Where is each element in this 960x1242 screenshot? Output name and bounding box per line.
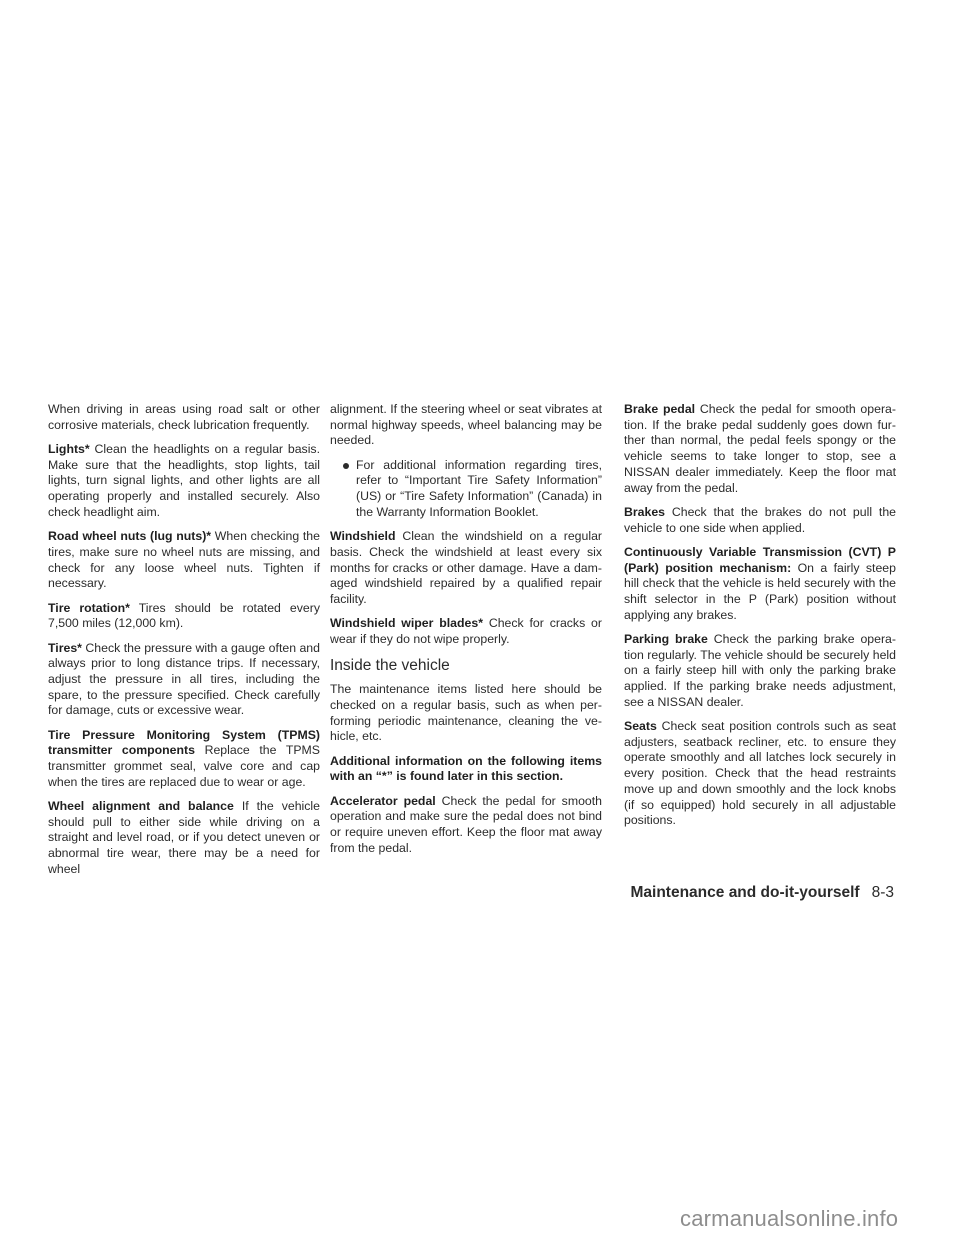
page-number: 8-3	[872, 884, 894, 901]
item-wheel-alignment: Wheel alignment and balance If the vehic…	[48, 799, 320, 878]
bullet-icon	[343, 463, 349, 469]
item-tpms: Tire Pressure Monitoring System (TPMS) t…	[48, 728, 320, 791]
item-lights: Lights* Clean the headlights on a regula…	[48, 442, 320, 521]
item-cvt-park: Continuously Variable Transmission (CVT)…	[624, 545, 896, 624]
item-tire-rotation: Tire rotation* Tires should be rotated e…	[48, 601, 320, 632]
section-intro: The maintenance items listed here should…	[330, 682, 602, 745]
item-term: Windshield	[330, 529, 395, 543]
item-text: Clean the headlights on a regular basis.…	[48, 442, 320, 519]
item-text: Check the pressure with a gauge often an…	[48, 641, 320, 718]
item-term: Tire rotation*	[48, 601, 130, 615]
item-term: Tires*	[48, 641, 82, 655]
asterisk-note: Additional information on the following …	[330, 754, 602, 785]
item-term: Parking brake	[624, 632, 708, 646]
item-term: Lights*	[48, 442, 90, 456]
section-heading-inside-vehicle: Inside the vehicle	[330, 656, 602, 675]
item-term: Brakes	[624, 505, 665, 519]
bullet-item-tire-info: For additional information regarding tir…	[330, 458, 602, 521]
intro-paragraph: When driving in areas using road salt or…	[48, 402, 320, 433]
column-2: alignment. If the steering wheel or seat…	[330, 402, 602, 865]
bullet-text: For additional information regarding tir…	[356, 458, 602, 519]
item-text: Check that the brakes do not pull the ve…	[624, 505, 896, 535]
column-3: Brake pedal Check the pedal for smooth o…	[624, 402, 896, 838]
item-term: Windshield wiper blades*	[330, 616, 483, 630]
page-footer: Maintenance and do-it-yourself8-3	[631, 884, 895, 902]
watermark: carmanualsonline.info	[680, 1206, 898, 1232]
item-text: Check seat position controls such as sea…	[624, 719, 896, 827]
item-term: Accelerator pedal	[330, 794, 436, 808]
item-seats: Seats Check seat position controls such …	[624, 719, 896, 829]
continuation-paragraph: alignment. If the steering wheel or seat…	[330, 402, 602, 449]
item-windshield: Windshield Clean the windshield on a reg…	[330, 529, 602, 608]
item-wiper-blades: Windshield wiper blades* Check for crack…	[330, 616, 602, 647]
item-brake-pedal: Brake pedal Check the pedal for smooth o…	[624, 402, 896, 496]
item-term: Brake pedal	[624, 402, 695, 416]
item-term: Seats	[624, 719, 657, 733]
item-road-wheel-nuts: Road wheel nuts (lug nuts)* When checkin…	[48, 529, 320, 592]
item-parking-brake: Parking brake Check the parking brake op…	[624, 632, 896, 711]
item-term: Wheel alignment and balance	[48, 799, 234, 813]
item-accelerator-pedal: Accelerator pedal Check the pedal for sm…	[330, 794, 602, 857]
column-1: When driving in areas using road salt or…	[48, 402, 320, 886]
chapter-title: Maintenance and do-it-yourself	[631, 884, 860, 901]
item-term: Road wheel nuts (lug nuts)*	[48, 529, 211, 543]
item-tires: Tires* Check the pressure with a gauge o…	[48, 641, 320, 720]
item-brakes: Brakes Check that the brakes do not pull…	[624, 505, 896, 536]
